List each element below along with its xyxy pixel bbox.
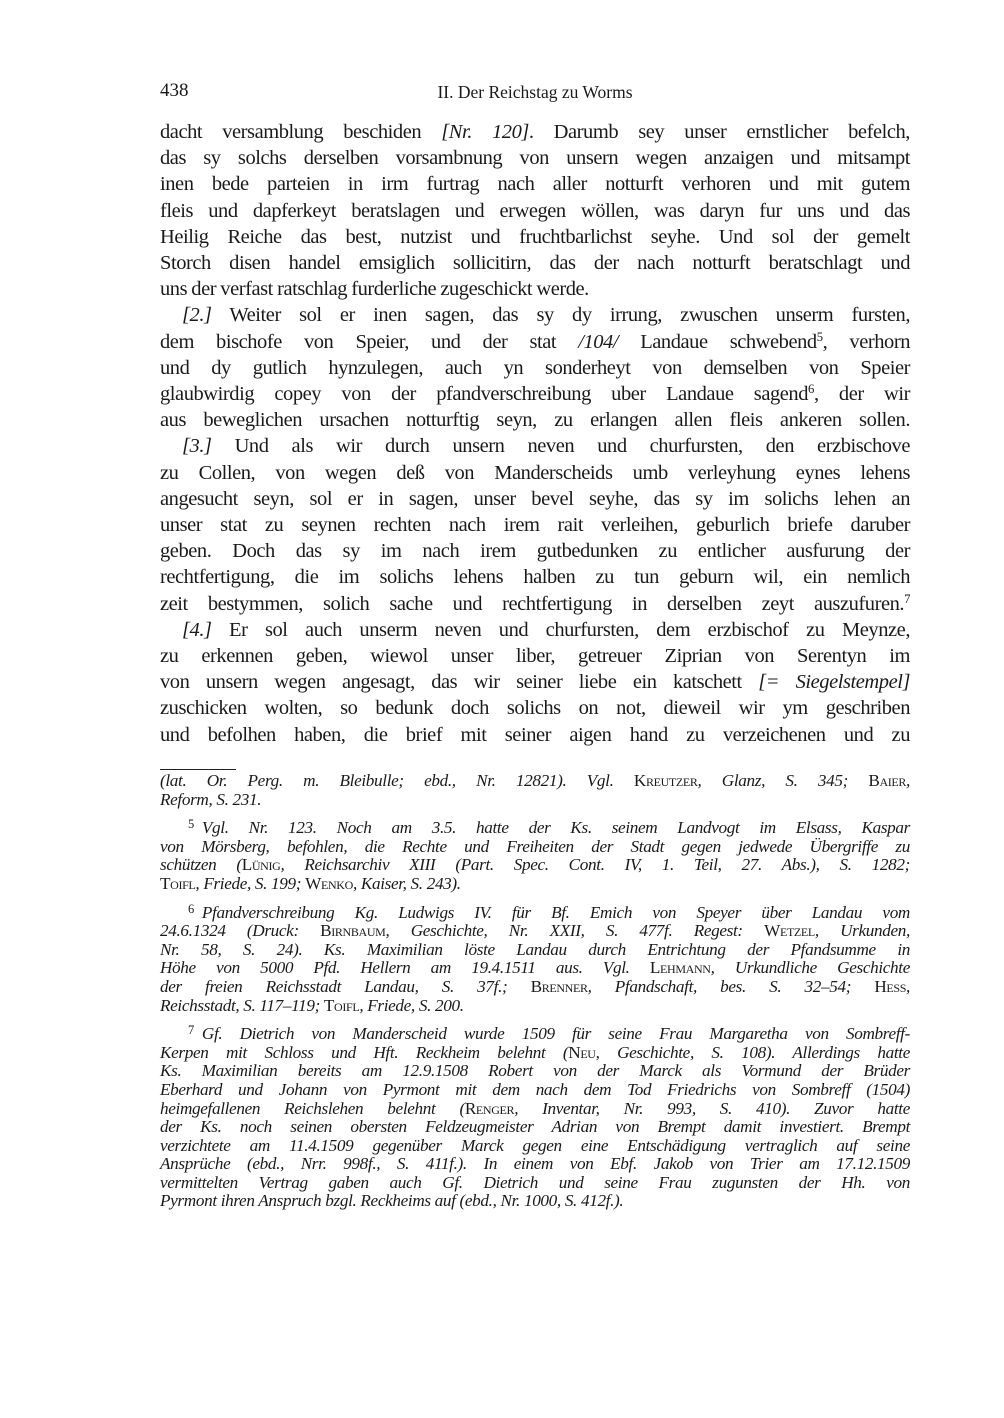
author-name: Toifl [160, 874, 195, 893]
author-name: Brenner [531, 977, 588, 996]
author-name: Toifl [324, 996, 359, 1015]
author-name: Baier [868, 771, 906, 790]
page-header: 438 II. Der Reichstag zu Worms [160, 80, 910, 106]
paragraph-3: [3.] Und als wir durch unsern neven und … [160, 433, 910, 616]
cross-reference: [Nr. 120] [441, 121, 529, 143]
paragraph-2: [2.] Weiter sol er inen sagen, das sy dy… [160, 302, 910, 433]
author-name: Wetzel [764, 921, 815, 940]
main-text: dacht versamblung beschiden [Nr. 120]. D… [160, 119, 910, 748]
footnote-number: 7 [188, 1023, 194, 1037]
author-name: Neu [568, 1043, 595, 1062]
section-marker: [3.] [182, 435, 212, 457]
section-marker: [4.] [182, 619, 212, 641]
gloss: [= Siegelstempel] [758, 671, 910, 693]
footnote-number: 6 [188, 902, 194, 916]
author-name: Kreutzer [634, 771, 698, 790]
author-name: Birnbaum [320, 921, 385, 940]
paragraph-4: [4.] Er sol auch unserm neven und churfu… [160, 617, 910, 748]
footnote-6: 6Pfandverschreibung Kg. Ludwigs IV. für … [160, 900, 910, 1016]
author-name: Lehmann [650, 958, 711, 977]
footnote-separator [160, 769, 236, 770]
footnote-number: 5 [188, 817, 194, 831]
author-name: Renger [465, 1099, 514, 1118]
footnote-7: 7Gf. Dietrich von Manderscheid wurde 150… [160, 1021, 910, 1211]
section-marker: [2.] [182, 304, 212, 326]
running-title: II. Der Reichstag zu Worms [160, 82, 910, 103]
author-name: Wenko [305, 874, 353, 893]
footnote-ref-7[interactable]: 7 [904, 592, 910, 606]
footnotes: (lat. Or. Perg. m. Bleibulle; ebd., Nr. … [160, 772, 910, 1217]
footnote-5: 5Vgl. Nr. 123. Noch am 3.5. hatte der Ks… [160, 815, 910, 893]
author-name: Lünig [242, 855, 281, 874]
paragraph-1: dacht versamblung beschiden [Nr. 120]. D… [160, 119, 910, 302]
folio-marker: /104/ [578, 331, 618, 353]
footnote-continuation: (lat. Or. Perg. m. Bleibulle; ebd., Nr. … [160, 772, 910, 809]
author-name: Hess [874, 977, 906, 996]
